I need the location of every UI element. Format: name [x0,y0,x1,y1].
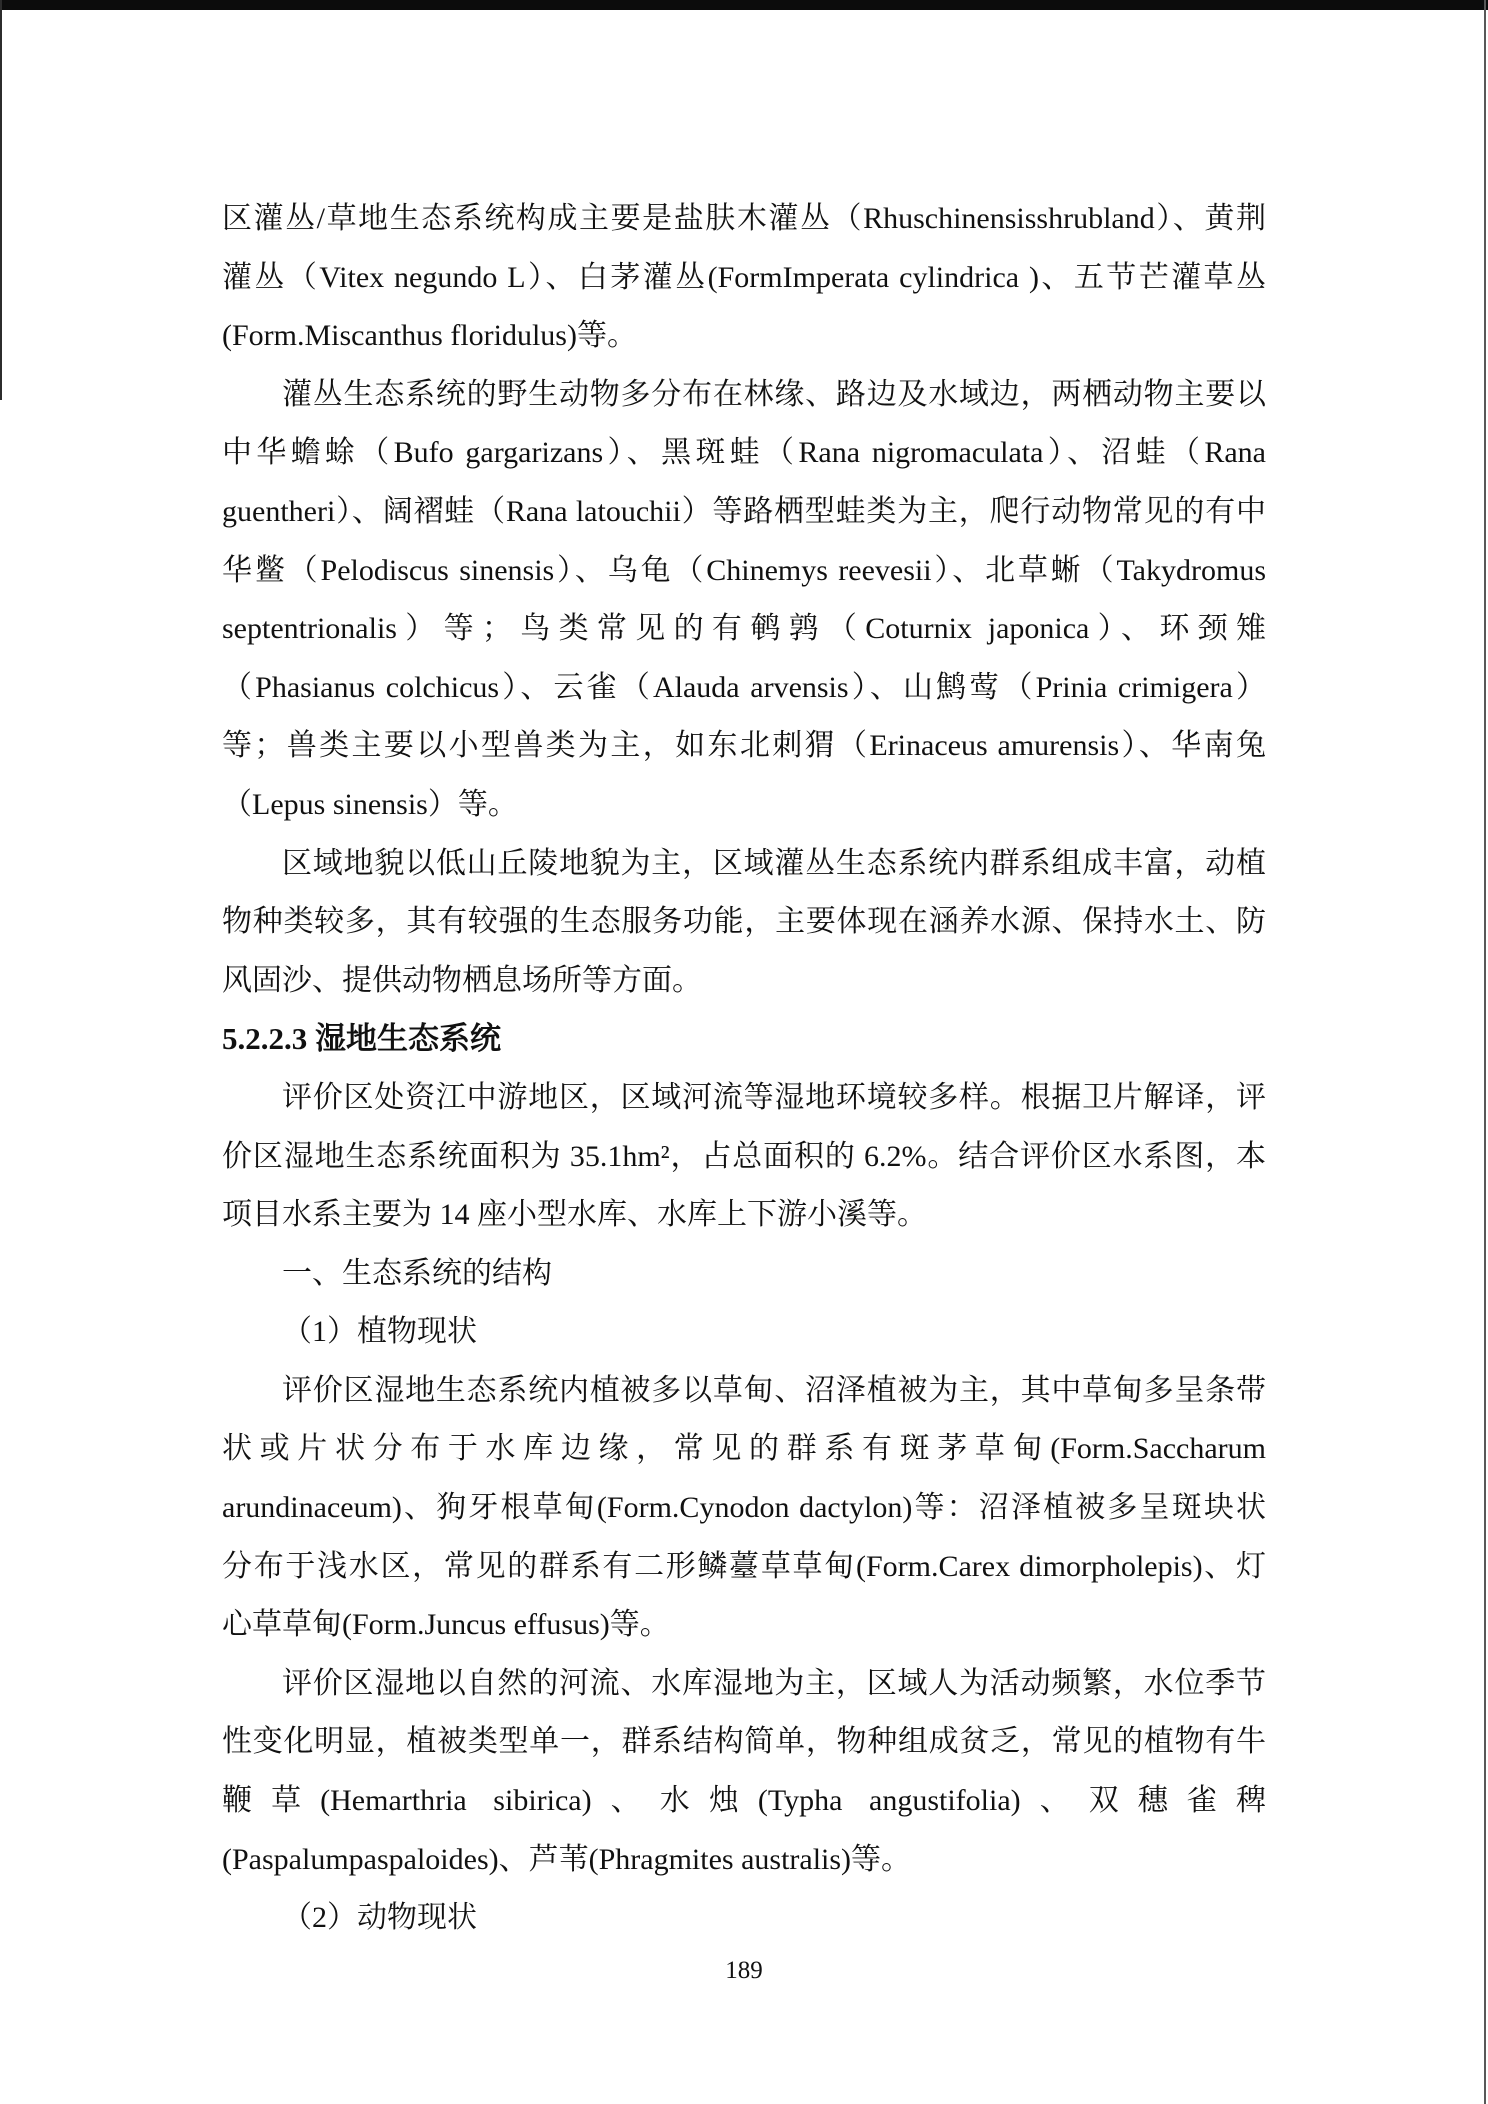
text-line: （1）植物现状 [222,1303,1266,1362]
text-line: 评价区湿地以自然的河流、水库湿地为主，区域人为活动频繁，水位季节 [222,1655,1266,1714]
text-line: 灌丛（Vitex negundo L）、白茅灌丛(FormImperata cy… [222,249,1266,308]
page-number: 189 [725,1957,763,1984]
body-text: 区灌丛/草地生态系统构成主要是盐肤木灌丛（Rhuschinensisshrubl… [222,190,1266,1948]
text-line: 区域地貌以低山丘陵地貌为主，区域灌丛生态系统内群系组成丰富，动植 [222,835,1266,894]
section-heading: 5.2.2.3 湿地生态系统 [222,1010,1266,1069]
text-line: arundinaceum)、狗牙根草甸(Form.Cynodon dactylo… [222,1479,1266,1538]
text-line: 灌丛生态系统的野生动物多分布在林缘、路边及水域边，两栖动物主要以 [222,366,1266,425]
text-line: 价区湿地生态系统面积为 35.1hm²，占总面积的 6.2%。结合评价区水系图，… [222,1128,1266,1187]
document-page: 区灌丛/草地生态系统构成主要是盐肤木灌丛（Rhuschinensisshrubl… [0,0,1488,2104]
text-line: 项目水系主要为 14 座小型水库、水库上下游小溪等。 [222,1186,1266,1245]
text-line: guentheri）、阔褶蛙（Rana latouchii）等路栖型蛙类为主，爬… [222,483,1266,542]
text-line: （Lepus sinensis）等。 [222,776,1266,835]
text-line: 华鳖（Pelodiscus sinensis）、乌龟（Chinemys reev… [222,542,1266,601]
scan-right-border [1484,0,1486,2104]
text-line: 物种类较多，其有较强的生态服务功能，主要体现在涵养水源、保持水土、防 [222,893,1266,952]
scan-top-border [0,0,1488,10]
text-line: 状或片状分布于水库边缘，常见的群系有斑茅草甸(Form.Saccharum [222,1420,1266,1479]
scan-left-border [0,0,2,400]
text-line: （Phasianus colchicus）、云雀（Alauda arvensis… [222,659,1266,718]
text-line: 心草草甸(Form.Juncus effusus)等。 [222,1596,1266,1655]
text-line: 中华蟾蜍（Bufo gargarizans）、黑斑蛙（Rana nigromac… [222,424,1266,483]
text-line: 分布于浅水区，常见的群系有二形鳞薹草草甸(Form.Carex dimorpho… [222,1538,1266,1597]
text-line: septentrionalis）等；鸟类常见的有鹌鹑（Coturnix japo… [222,600,1266,659]
text-line: 评价区处资江中游地区，区域河流等湿地环境较多样。根据卫片解译，评 [222,1069,1266,1128]
text-line: （2）动物现状 [222,1889,1266,1948]
text-line: 评价区湿地生态系统内植被多以草甸、沼泽植被为主，其中草甸多呈条带 [222,1362,1266,1421]
text-line: 鞭草(Hemarthria sibirica)、水烛(Typha angusti… [222,1772,1266,1831]
text-line: 等；兽类主要以小型兽类为主，如东北刺猬（Erinaceus amurensis）… [222,717,1266,776]
text-line: 性变化明显，植被类型单一，群系结构简单，物种组成贫乏，常见的植物有牛 [222,1713,1266,1772]
text-line: (Paspalumpaspaloides)、芦苇(Phragmites aust… [222,1831,1266,1890]
text-line: (Form.Miscanthus floridulus)等。 [222,307,1266,366]
text-line: 区灌丛/草地生态系统构成主要是盐肤木灌丛（Rhuschinensisshrubl… [222,190,1266,249]
page-footer: 189 [0,1956,1488,1986]
text-line: 风固沙、提供动物栖息场所等方面。 [222,952,1266,1011]
text-line: 一、生态系统的结构 [222,1245,1266,1304]
